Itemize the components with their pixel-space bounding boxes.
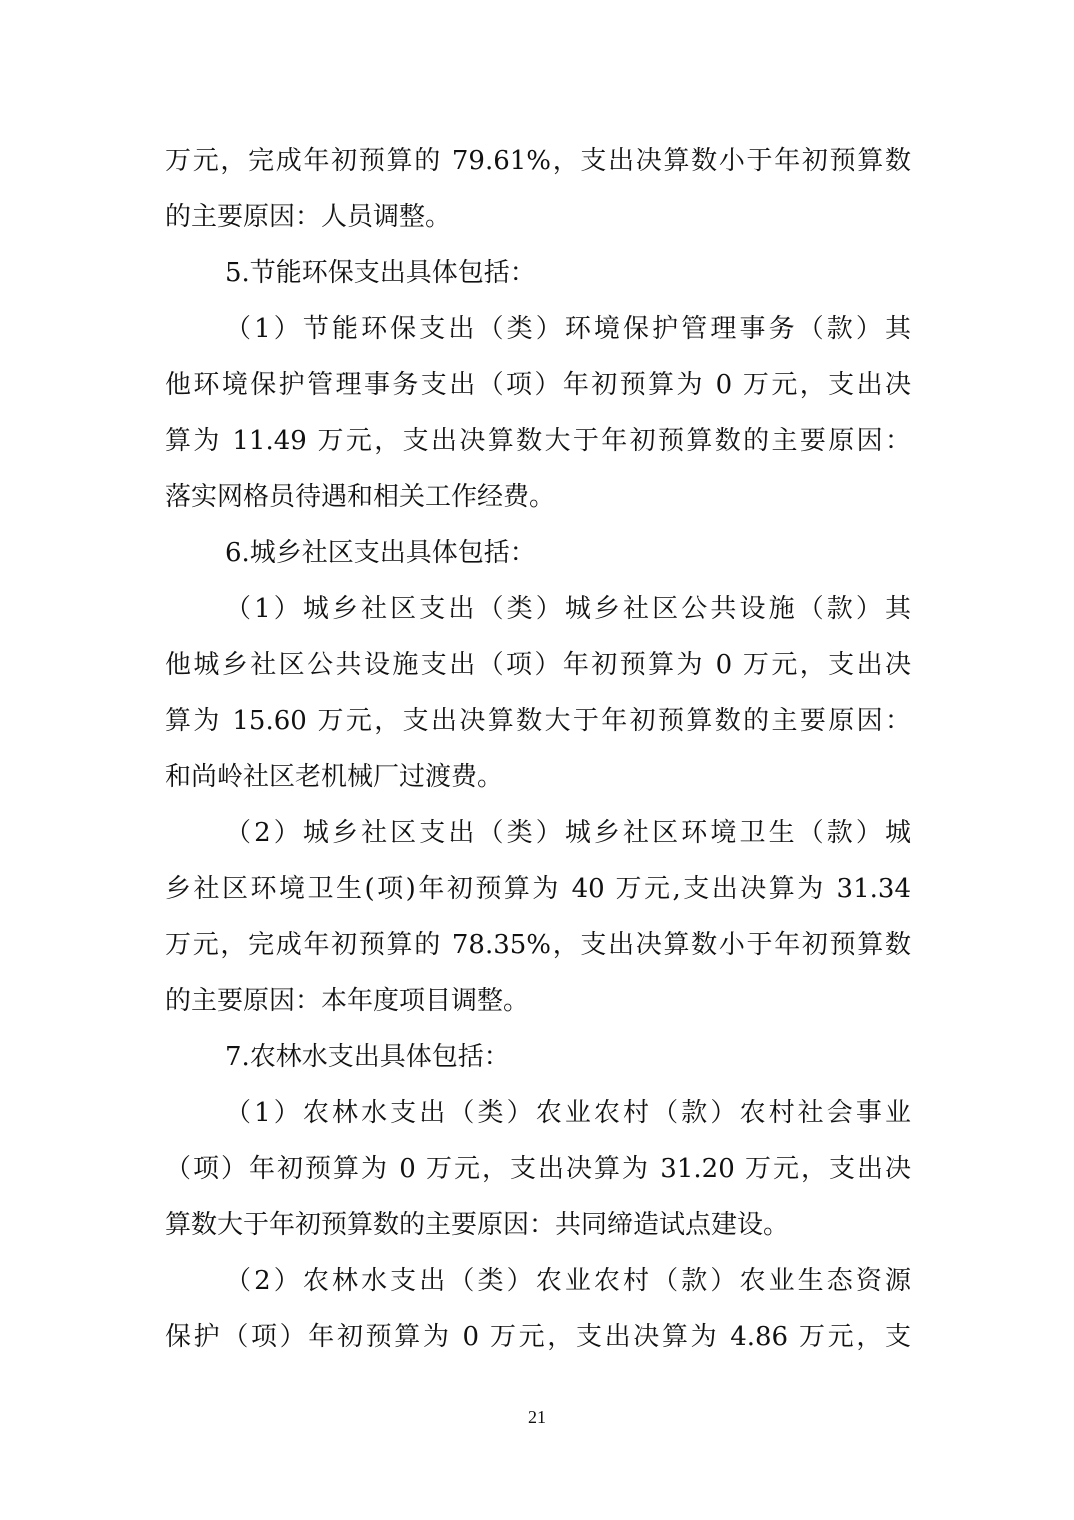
paragraph-line: 万元，完成年初预算的 78.35%，支出决算数小于年初预算数 (165, 925, 911, 965)
paragraph-line: 保护（项）年初预算为 0 万元，支出决算为 4.86 万元，支 (165, 1317, 911, 1357)
paragraph-line: （1）农林水支出（类）农业农村（款）农村社会事业 (225, 1093, 911, 1133)
paragraph-line: （2）城乡社区支出（类）城乡社区环境卫生（款）城 (225, 813, 911, 853)
section-heading-5: 5.节能环保支出具体包括： (225, 253, 911, 293)
paragraph-line: （1）城乡社区支出（类）城乡社区公共设施（款）其 (225, 589, 911, 629)
paragraph-line: 算为 11.49 万元，支出决算数大于年初预算数的主要原因： (165, 421, 911, 461)
paragraph-line: 的主要原因：本年度项目调整。 (165, 981, 911, 1021)
paragraph-line: （2）农林水支出（类）农业农村（款）农业生态资源 (225, 1261, 911, 1301)
paragraph-line: 落实网格员待遇和相关工作经费。 (165, 477, 911, 517)
section-heading-7: 7.农林水支出具体包括： (225, 1037, 911, 1077)
paragraph-line: 他城乡社区公共设施支出（项）年初预算为 0 万元，支出决 (165, 645, 911, 685)
paragraph-line: 的主要原因：人员调整。 (165, 197, 911, 237)
paragraph-line: 和尚岭社区老机械厂过渡费。 (165, 757, 911, 797)
paragraph-line: （1）节能环保支出（类）环境保护管理事务（款）其 (225, 309, 911, 349)
paragraph-line: 他环境保护管理事务支出（项）年初预算为 0 万元，支出决 (165, 365, 911, 405)
section-heading-6: 6.城乡社区支出具体包括： (225, 533, 911, 573)
document-page: 万元，完成年初预算的 79.61%，支出决算数小于年初预算数 的主要原因：人员调… (0, 0, 1074, 1520)
paragraph-line: 乡社区环境卫生(项)年初预算为 40 万元,支出决算为 31.34 (165, 869, 911, 909)
paragraph-line: （项）年初预算为 0 万元，支出决算为 31.20 万元，支出决 (165, 1149, 911, 1189)
page-number: 21 (0, 1407, 1074, 1428)
paragraph-line: 算为 15.60 万元，支出决算数大于年初预算数的主要原因： (165, 701, 911, 741)
paragraph-line: 算数大于年初预算数的主要原因：共同缔造试点建设。 (165, 1205, 911, 1245)
paragraph-line: 万元，完成年初预算的 79.61%，支出决算数小于年初预算数 (165, 141, 911, 181)
